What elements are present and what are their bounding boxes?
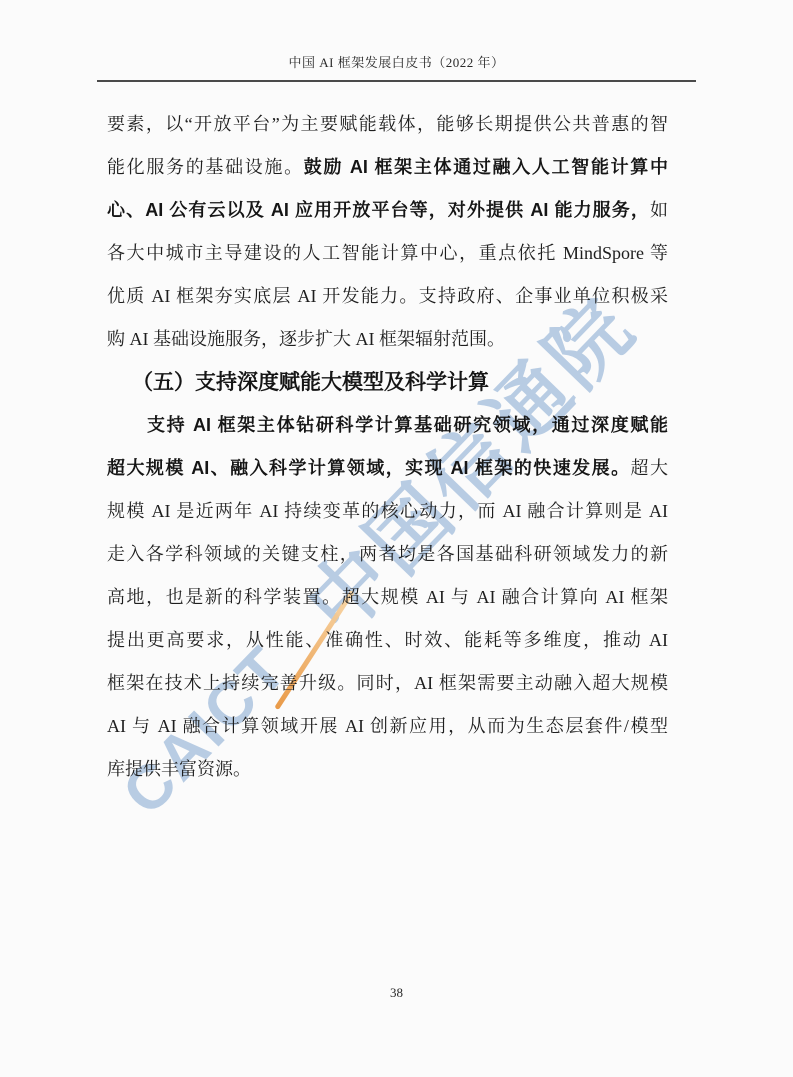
text-segment: 走入各学科领域的关键支柱，两者均是各国基础科研领域发力的新 xyxy=(107,544,668,564)
bold-text-segment: 鼓励 AI 框架主体通过融入人工智能计算中 xyxy=(304,157,668,177)
text-segment: AI 与 AI 融合计算领域开展 AI 创新应用，从而为生态层套件/模型 xyxy=(107,716,668,736)
page-header: 中国 AI 框架发展白皮书（2022 年） xyxy=(97,52,696,82)
text-line: 提出更高要求，从性能、准确性、时效、能耗等多维度，推动 AI xyxy=(107,619,668,662)
text-line: 框架在技术上持续完善升级。同时，AI 框架需要主动融入超大规模 xyxy=(107,662,668,705)
header-title: 中国 AI 框架发展白皮书（2022 年） xyxy=(97,52,696,71)
text-line: 库提供丰富资源。 xyxy=(107,748,668,791)
text-segment: 库提供丰富资源。 xyxy=(107,759,251,779)
text-segment: 要素，以“开放平台”为主要赋能载体，能够长期提供公共普惠的智 xyxy=(107,114,668,134)
bold-text-segment: 心、AI 公有云以及 AI 应用开放平台等，对外提供 AI 能力服务， xyxy=(107,200,650,220)
text-line: 要素，以“开放平台”为主要赋能载体，能够长期提供公共普惠的智 xyxy=(107,103,668,146)
text-line: 走入各学科领域的关键支柱，两者均是各国基础科研领域发力的新 xyxy=(107,533,668,576)
text-segment: 各大中城市主导建设的人工智能计算中心，重点依托 MindSpore 等 xyxy=(107,243,668,263)
text-line: 各大中城市主导建设的人工智能计算中心，重点依托 MindSpore 等 xyxy=(107,232,668,275)
text-line: 能化服务的基础设施。鼓励 AI 框架主体通过融入人工智能计算中 xyxy=(107,146,668,189)
text-line: 高地，也是新的科学装置。超大规模 AI 与 AI 融合计算向 AI 框架 xyxy=(107,576,668,619)
bold-text-segment: 支持 AI 框架主体钻研科学计算基础研究领域，通过深度赋能 xyxy=(147,415,668,435)
text-segment: 超大 xyxy=(631,458,668,478)
text-segment: 提出更高要求，从性能、准确性、时效、能耗等多维度，推动 AI xyxy=(107,630,668,650)
text-segment: 如 xyxy=(650,200,668,220)
text-line: 优质 AI 框架夯实底层 AI 开发能力。支持政府、企事业单位积极采 xyxy=(107,275,668,318)
page-number: 38 xyxy=(390,985,403,1000)
text-line: 心、AI 公有云以及 AI 应用开放平台等，对外提供 AI 能力服务，如 xyxy=(107,189,668,232)
document-page: CAICT 中国信通院 中国 AI 框架发展白皮书（2022 年） 要素，以“开… xyxy=(0,0,793,1077)
text-segment: 能化服务的基础设施。 xyxy=(107,157,304,177)
text-segment: 规模 AI 是近两年 AI 持续变革的核心动力，而 AI 融合计算则是 AI xyxy=(107,501,668,521)
header-rule xyxy=(97,80,696,82)
text-line: 支持 AI 框架主体钻研科学计算基础研究领域，通过深度赋能 xyxy=(107,404,668,447)
text-line: 规模 AI 是近两年 AI 持续变革的核心动力，而 AI 融合计算则是 AI xyxy=(107,490,668,533)
text-line: 购 AI 基础设施服务，逐步扩大 AI 框架辐射范围。 xyxy=(107,318,668,361)
bold-text-segment: 超大规模 AI、融入科学计算领域，实现 AI 框架的快速发展。 xyxy=(107,458,631,478)
page-footer: 38 xyxy=(0,984,793,1002)
page-body: 要素，以“开放平台”为主要赋能载体，能够长期提供公共普惠的智能化服务的基础设施。… xyxy=(107,103,668,791)
text-segment: 高地，也是新的科学装置。超大规模 AI 与 AI 融合计算向 AI 框架 xyxy=(107,587,668,607)
text-segment: 购 AI 基础设施服务，逐步扩大 AI 框架辐射范围。 xyxy=(107,329,505,349)
text-line: AI 与 AI 融合计算领域开展 AI 创新应用，从而为生态层套件/模型 xyxy=(107,705,668,748)
bold-text-segment: （五）支持深度赋能大模型及科学计算 xyxy=(132,371,489,394)
text-segment: 框架在技术上持续完善升级。同时，AI 框架需要主动融入超大规模 xyxy=(107,673,668,693)
text-line: 超大规模 AI、融入科学计算领域，实现 AI 框架的快速发展。超大 xyxy=(107,447,668,490)
section-heading: （五）支持深度赋能大模型及科学计算 xyxy=(107,361,668,404)
text-segment: 优质 AI 框架夯实底层 AI 开发能力。支持政府、企事业单位积极采 xyxy=(107,286,668,306)
